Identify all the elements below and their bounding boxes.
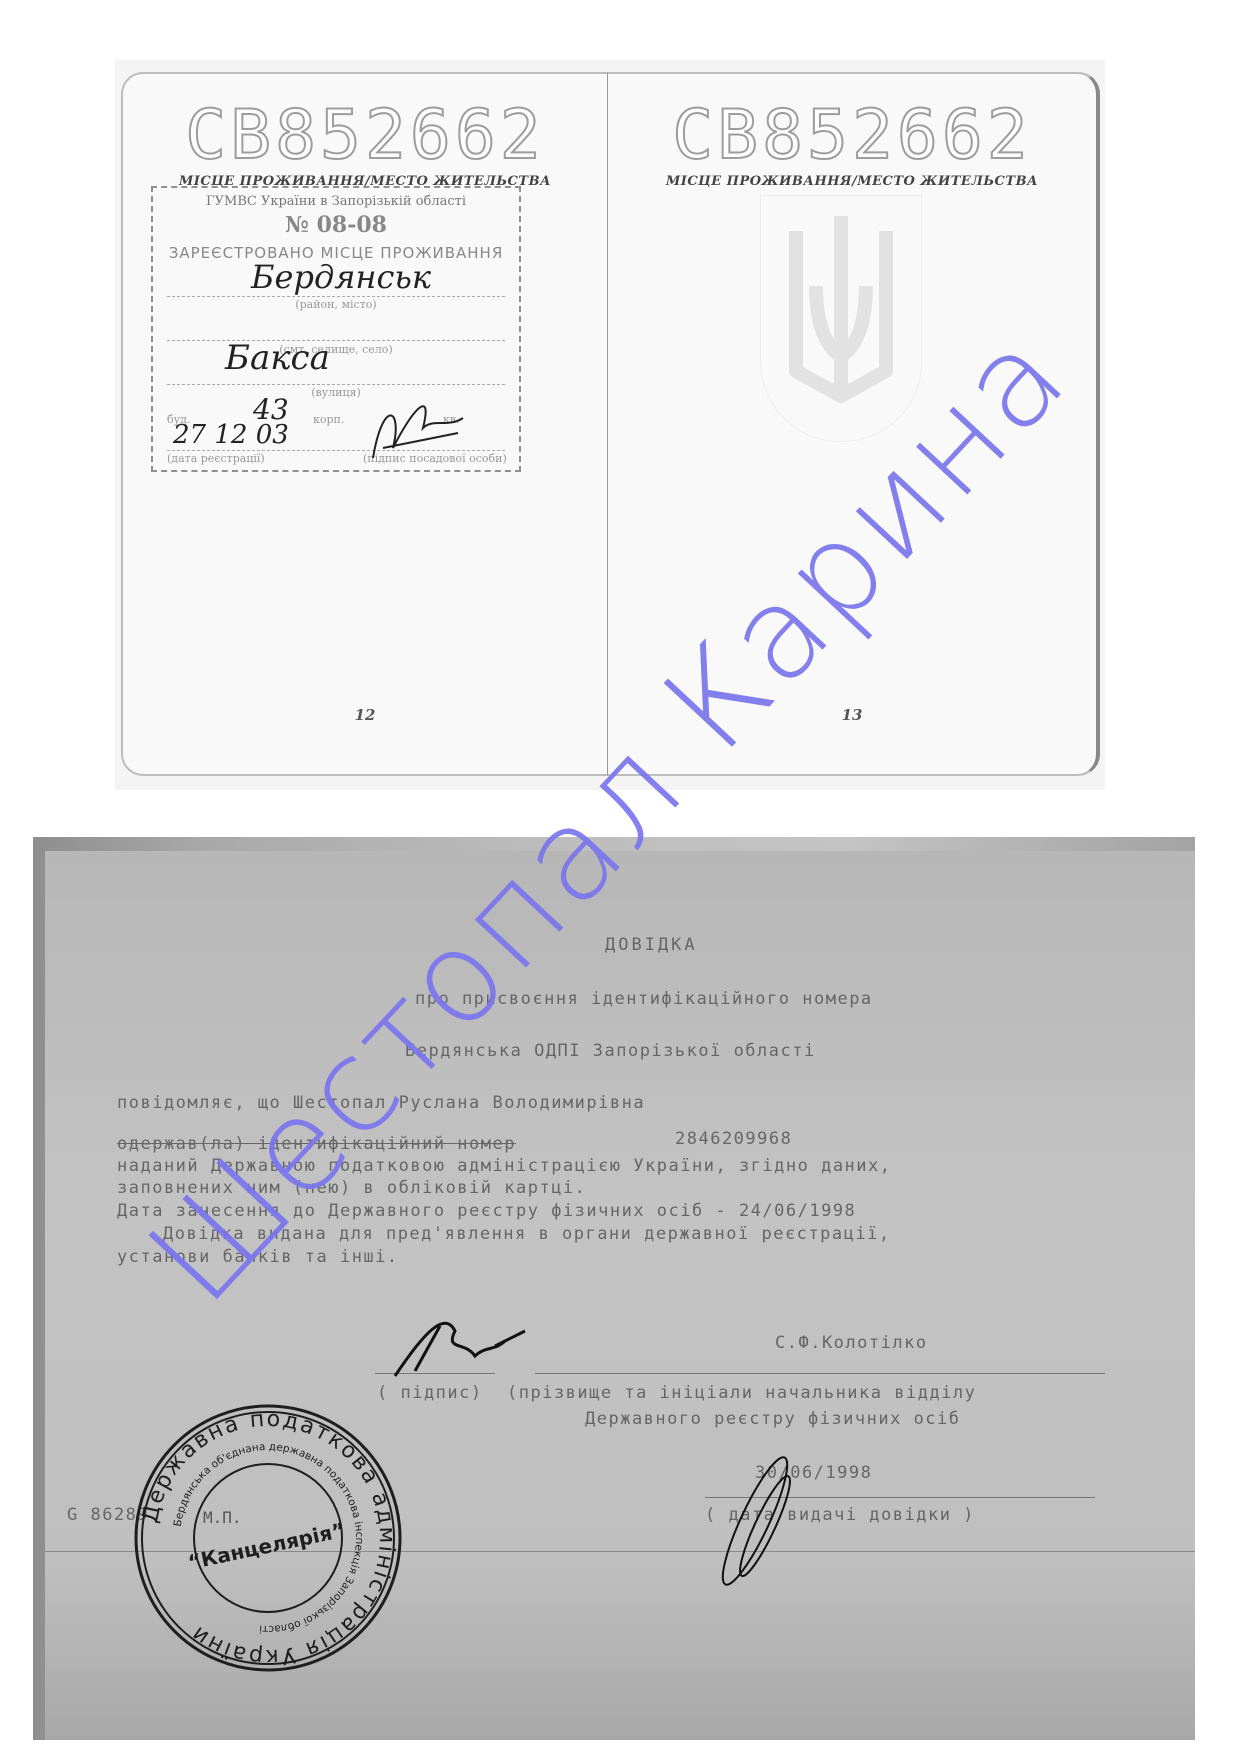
certificate-title: ДОВІДКА <box>605 935 698 955</box>
perforated-serial: CB852662 <box>608 96 1096 175</box>
stamp-rule <box>167 296 505 297</box>
stamp-number: № 08-08 <box>153 212 519 238</box>
page-number: 12 <box>123 706 607 724</box>
signature-scribble <box>385 1311 535 1381</box>
signature-label: ( підпис) <box>377 1383 483 1403</box>
handwritten-city: Бердянськ <box>251 258 431 296</box>
passport-page-12: CB852662 МІСЦЕ ПРОЖИВАННЯ/МЕСТО ЖИТЕЛЬСТ… <box>121 72 608 776</box>
page-heading: МІСЦЕ ПРОЖИВАННЯ/МЕСТО ЖИТЕЛЬСТВА <box>608 174 1096 189</box>
stamp-authority: ГУМВС України в Запорізькій області <box>153 194 519 209</box>
name-line <box>535 1373 1105 1374</box>
id-number: 2846209968 <box>675 1129 792 1149</box>
official-label-2: Державного реєстру фізичних осіб <box>585 1409 961 1429</box>
official-label-1: (прізвище та ініціали начальника відділу <box>507 1383 976 1403</box>
settlement-label: (смт, селище, село) <box>153 343 519 356</box>
city-label: (район, місто) <box>153 298 519 311</box>
stamp-rule <box>167 340 505 341</box>
handwritten-street: Бакса <box>225 338 330 378</box>
director-signature <box>705 1441 805 1591</box>
registration-stamp: ГУМВС України в Запорізькій області № 08… <box>151 186 521 472</box>
stamp-rule <box>167 384 505 385</box>
svg-text:М.П.: М.П. <box>203 1508 242 1527</box>
corpus-label: корп. <box>313 413 344 426</box>
handwritten-date: 27 12 03 <box>173 420 289 450</box>
perforated-serial: CB852662 <box>123 96 607 175</box>
official-seal: Державна податкова адміністрація України… <box>133 1403 403 1673</box>
official-name: С.Ф.Колотілко <box>775 1333 928 1353</box>
date-label: (дата реєстрації) <box>167 452 265 465</box>
official-signature <box>363 388 473 478</box>
